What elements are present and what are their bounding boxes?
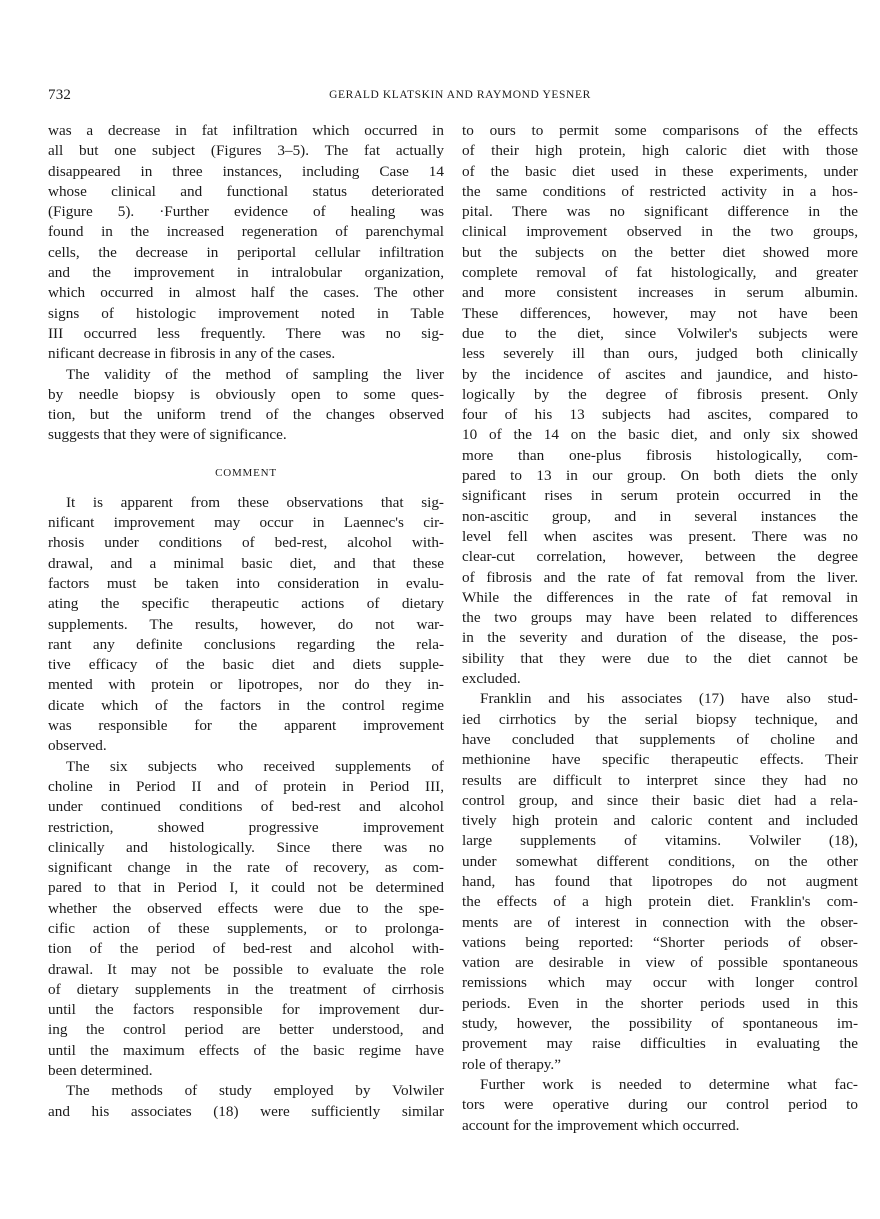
text-line: in the severity and duration of the dise…	[462, 628, 858, 648]
text-line: of the basic diet used in these experime…	[462, 162, 858, 182]
text-line: tively high protein and caloric content …	[462, 811, 858, 831]
text-line: been determined.	[48, 1061, 444, 1081]
text-line: suggests that they were of significance.	[48, 425, 444, 445]
text-line: The validity of the method of sampling t…	[48, 365, 444, 385]
text-line: non-ascitic group, and in several instan…	[462, 507, 858, 527]
text-line: clinical improvement observed in the two…	[462, 222, 858, 242]
text-line: tors were operative during our control p…	[462, 1095, 858, 1115]
text-line: was responsible for the apparent improve…	[48, 716, 444, 736]
text-line: of dietary supplements in the treatment …	[48, 980, 444, 1000]
paragraph: It is apparent from these observations t…	[48, 493, 444, 757]
text-line: by the incidence of ascites and jaundice…	[462, 365, 858, 385]
text-line: results are difficult to interpret since…	[462, 771, 858, 791]
text-line: pared to that in Period I, it could not …	[48, 878, 444, 898]
text-line: pared to 13 in our group. On both diets …	[462, 466, 858, 486]
text-line: III occurred less frequently. There was …	[48, 324, 444, 344]
text-line: sibility that they were due to the diet …	[462, 649, 858, 669]
text-line: have concluded that supplements of choli…	[462, 730, 858, 750]
text-line: of their high protein, high caloric diet…	[462, 141, 858, 161]
text-line: less severely ill than ours, judged both…	[462, 344, 858, 364]
text-line: ating the specific therapeutic actions o…	[48, 594, 444, 614]
paragraph: Further work is needed to determine what…	[462, 1075, 858, 1136]
text-line: under continued conditions of bed-rest a…	[48, 797, 444, 817]
text-line: disappeared in three instances, includin…	[48, 162, 444, 182]
text-line: cells, the decrease in periportal cellul…	[48, 243, 444, 263]
text-line: Further work is needed to determine what…	[462, 1075, 858, 1095]
text-line: of fibrosis and the rate of fat removal …	[462, 568, 858, 588]
text-line: whose clinical and functional status det…	[48, 182, 444, 202]
text-line: the effects of a high protein diet. Fran…	[462, 892, 858, 912]
text-line: ied cirrhotics by the serial biopsy tech…	[462, 710, 858, 730]
right-column: to ours to permit some comparisons of th…	[462, 121, 858, 1136]
text-line: clear-cut correlation, however, between …	[462, 547, 858, 567]
text-line: the two groups may have been related to …	[462, 608, 858, 628]
text-line: but the subjects on the better diet show…	[462, 243, 858, 263]
text-line: under somewhat different conditions, on …	[462, 852, 858, 872]
text-line: While the differences in the rate of fat…	[462, 588, 858, 608]
text-line: and the improvement in intralobular orga…	[48, 263, 444, 283]
text-line: which occurred in almost half the cases.…	[48, 283, 444, 303]
section-heading-comment: COMMENT	[48, 466, 444, 480]
text-line: rant any definite conclusions regarding …	[48, 635, 444, 655]
text-line: provement may raise difficulties in eval…	[462, 1034, 858, 1054]
text-line: cific action of these supplements, or to…	[48, 919, 444, 939]
text-line: rhosis under conditions of bed-rest, alc…	[48, 533, 444, 553]
text-line: ments are of interest in connection with…	[462, 913, 858, 933]
text-line: significant rises in serum protein occur…	[462, 486, 858, 506]
left-column-body-before: was a decrease in fat infiltration which…	[48, 121, 444, 446]
text-line: control group, and since their basic die…	[462, 791, 858, 811]
text-line: tion, but the uniform trend of the chang…	[48, 405, 444, 425]
text-line: dicate which of the factors in the contr…	[48, 696, 444, 716]
text-line: to ours to permit some comparisons of th…	[462, 121, 858, 141]
text-line: until the maximum effects of the basic r…	[48, 1041, 444, 1061]
paragraph: to ours to permit some comparisons of th…	[462, 121, 858, 689]
text-line: vation are desirable in view of possible…	[462, 953, 858, 973]
text-line: supplements. The results, however, do no…	[48, 615, 444, 635]
text-line: significant change in the rate of recove…	[48, 858, 444, 878]
right-column-body: to ours to permit some comparisons of th…	[462, 121, 858, 1136]
text-line: mented with protein or lipotropes, nor d…	[48, 675, 444, 695]
text-line: logically by the degree of fibrosis pres…	[462, 385, 858, 405]
text-line: The six subjects who received supplement…	[48, 757, 444, 777]
text-line: (Figure 5). ·Further evidence of healing…	[48, 202, 444, 222]
text-line: clinically and histologically. Since the…	[48, 838, 444, 858]
text-line: choline in Period II and of protein in P…	[48, 777, 444, 797]
text-line: ing the control period are better unders…	[48, 1020, 444, 1040]
running-head: GERALD KLATSKIN AND RAYMOND YESNER	[0, 89, 880, 101]
paragraph: The methods of study employed by Volwile…	[48, 1081, 444, 1122]
text-line: excluded.	[462, 669, 858, 689]
text-line: was a decrease in fat infiltration which…	[48, 121, 444, 141]
text-line: level fell when ascites was present. The…	[462, 527, 858, 547]
text-line: pital. There was no significant differen…	[462, 202, 858, 222]
text-line: It is apparent from these observations t…	[48, 493, 444, 513]
text-line: signs of histologic improvement noted in…	[48, 304, 444, 324]
text-line: all but one subject (Figures 3–5). The f…	[48, 141, 444, 161]
text-line: whether the observed effects were due to…	[48, 899, 444, 919]
text-line: by needle biopsy is obviously open to so…	[48, 385, 444, 405]
text-line: nificant improvement may occur in Laenne…	[48, 513, 444, 533]
paragraph: Franklin and his associates (17) have al…	[462, 689, 858, 1075]
text-line: the same conditions of restricted activi…	[462, 182, 858, 202]
text-line: more than one-plus fibrosis histological…	[462, 446, 858, 466]
left-column: was a decrease in fat infiltration which…	[48, 121, 444, 1122]
text-line: remissions which may occur with longer c…	[462, 973, 858, 993]
text-line: nificant decrease in fibrosis in any of …	[48, 344, 444, 364]
text-line: role of therapy.”	[462, 1055, 858, 1075]
text-line: drawal. It may not be possible to evalua…	[48, 960, 444, 980]
text-line: methionine have specific therapeutic eff…	[462, 750, 858, 770]
left-column-body-after: It is apparent from these observations t…	[48, 493, 444, 1122]
text-line: large supplements of vitamins. Volwiler …	[462, 831, 858, 851]
text-line: Franklin and his associates (17) have al…	[462, 689, 858, 709]
text-line: study, however, the possibility of spont…	[462, 1014, 858, 1034]
text-line: account for the improvement which occurr…	[462, 1116, 858, 1136]
text-line: restriction, showed progressive improvem…	[48, 818, 444, 838]
text-line: These differences, however, may not have…	[462, 304, 858, 324]
text-line: four of his 13 subjects had ascites, com…	[462, 405, 858, 425]
text-line: tion of the period of bed-rest and alcoh…	[48, 939, 444, 959]
text-line: complete removal of fat histologically, …	[462, 263, 858, 283]
text-line: until the factors responsible for improv…	[48, 1000, 444, 1020]
text-line: observed.	[48, 736, 444, 756]
text-line: found in the increased regeneration of p…	[48, 222, 444, 242]
paragraph: The validity of the method of sampling t…	[48, 365, 444, 446]
text-line: and his associates (18) were sufficientl…	[48, 1102, 444, 1122]
text-line: periods. Even in the shorter periods use…	[462, 994, 858, 1014]
paragraph: was a decrease in fat infiltration which…	[48, 121, 444, 365]
text-line: and more consistent increases in serum a…	[462, 283, 858, 303]
text-line: The methods of study employed by Volwile…	[48, 1081, 444, 1101]
text-line: vations being reported: “Shorter periods…	[462, 933, 858, 953]
text-line: tive efficacy of the basic diet and diet…	[48, 655, 444, 675]
text-line: 10 of the 14 on the basic diet, and only…	[462, 425, 858, 445]
text-line: drawal, and a minimal basic diet, and th…	[48, 554, 444, 574]
text-line: factors must be taken into consideration…	[48, 574, 444, 594]
text-line: hand, has found that lipotropes do not a…	[462, 872, 858, 892]
paragraph: The six subjects who received supplement…	[48, 757, 444, 1082]
text-line: due to the diet, since Volwiler's subjec…	[462, 324, 858, 344]
